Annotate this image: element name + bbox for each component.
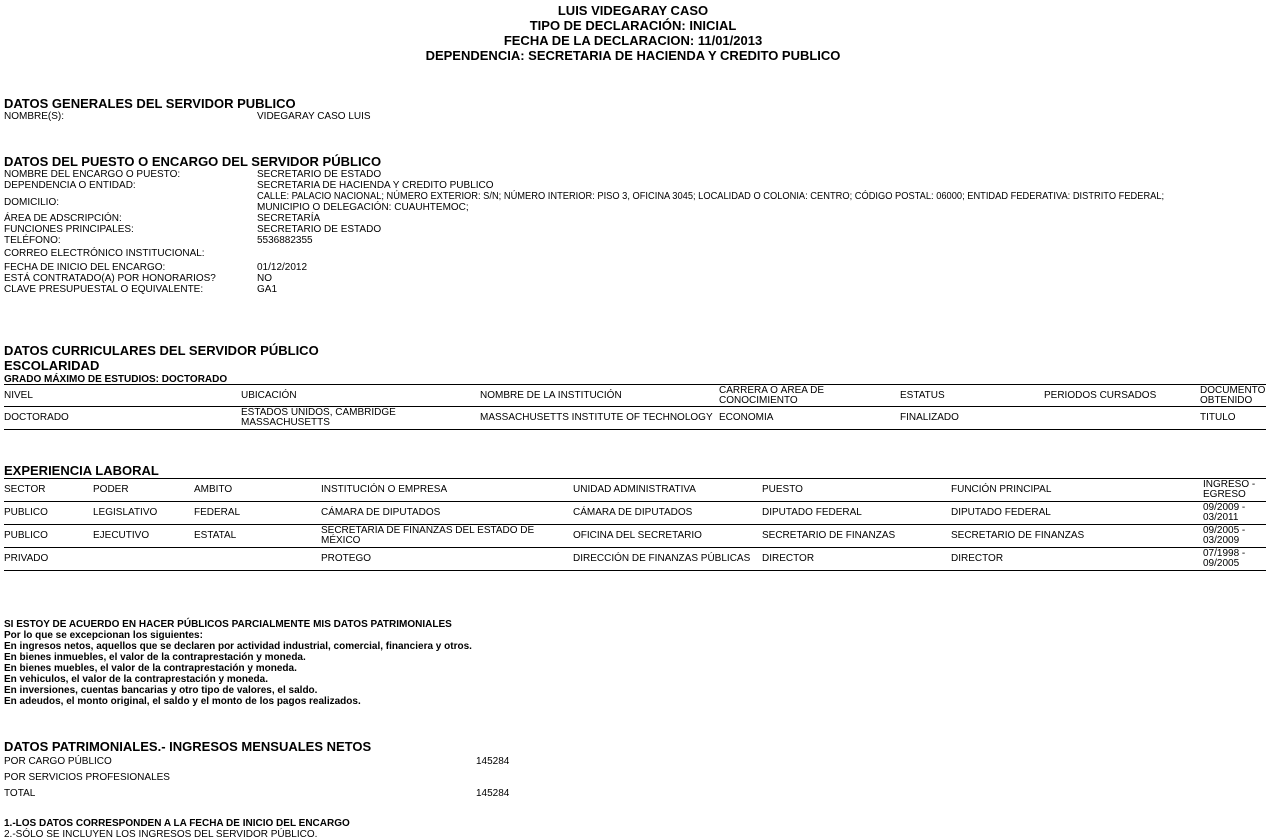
declaration-type: TIPO DE DECLARACIÓN: INICIAL [0,18,1266,33]
table-row: PUBLICO EJECUTIVO ESTATAL SECRETARÍA DE … [4,525,1266,548]
table-cell: 07/1998 - 09/2005 [1203,548,1266,571]
column-header: SECTOR [4,479,93,502]
field-label: DEPENDENCIA O ENTIDAD: [4,180,136,191]
income-row-servicios: POR SERVICIOS PROFESIONALES [4,772,170,783]
section-title-generales: DATOS GENERALES DEL SERVIDOR PUBLICO [4,97,296,111]
publicity-line: SI ESTOY DE ACUERDO EN HACER PÚBLICOS PA… [4,619,452,630]
table-cell: LEGISLATIVO [93,502,194,525]
income-label: POR CARGO PÚBLICO [4,756,112,767]
publicity-line: En inversiones, cuentas bancarias y otro… [4,685,317,696]
table-cell: DIPUTADO FEDERAL [762,502,951,525]
field-label: CORREO ELECTRÓNICO INSTITUCIONAL: [4,248,205,259]
publicity-line: En bienes muebles, el valor de la contra… [4,663,297,674]
field-value: SECRETARIO DE ESTADO [257,224,381,235]
table-cell: FINALIZADO [900,407,1044,430]
field-label: FUNCIONES PRINCIPALES: [4,224,134,235]
table-cell: PUBLICO [4,502,93,525]
declarant-name: LUIS VIDEGARAY CASO [0,3,1266,18]
income-label: TOTAL [4,788,35,799]
publicity-line: En adeudos, el monto original, el saldo … [4,696,361,707]
footnote-1: 1.-LOS DATOS CORRESPONDEN A LA FECHA DE … [4,818,350,829]
table-cell: ECONOMIA [719,407,900,430]
table-cell: TITULO [1200,407,1266,430]
column-header: UBICACIÓN [241,385,480,407]
publicity-line: En vehiculos, el valor de la contraprest… [4,674,268,685]
column-header: ESTATUS [900,385,1044,407]
column-header: UNIDAD ADMINISTRATIVA [573,479,762,502]
field-value: 01/12/2012 [257,262,307,273]
table-cell: CÁMARA DE DIPUTADOS [321,502,573,525]
field-domicilio-line2: MUNICIPIO O DELEGACIÓN: CUAUHTEMOC; [257,202,469,213]
field-label: DOMICILIO: [4,197,59,208]
table-cell: PRIVADO [4,548,93,571]
table-cell: DIPUTADO FEDERAL [951,502,1203,525]
income-label: POR SERVICIOS PROFESIONALES [4,772,170,783]
table-cell: SECRETARIO DE FINANZAS [762,525,951,548]
table-cell: PROTEGO [321,548,573,571]
section-title-escolaridad: ESCOLARIDAD [4,359,99,373]
column-header: INSTITUCIÓN O EMPRESA [321,479,573,502]
table-cell: SECRETARÍA DE FINANZAS DEL ESTADO DE MÉX… [321,525,573,548]
table-header-row: NIVEL UBICACIÓN NOMBRE DE LA INSTITUCIÓN… [4,385,1266,407]
table-row: PUBLICO LEGISLATIVO FEDERAL CÁMARA DE DI… [4,502,1266,525]
income-value: 145284 [476,788,509,799]
field-value: VIDEGARAY CASO LUIS [257,111,371,122]
field-value: SECRETARIO DE ESTADO [257,169,381,180]
table-cell: PUBLICO [4,525,93,548]
income-row-cargo: POR CARGO PÚBLICO 145284 [4,756,112,767]
column-header: AMBITO [194,479,321,502]
column-header: FUNCIÓN PRINCIPAL [951,479,1203,502]
publicity-line: En bienes inmuebles, el valor de la cont… [4,652,306,663]
table-cell: SECRETARIO DE FINANZAS [951,525,1203,548]
table-cell: DIRECCIÓN DE FINANZAS PÚBLICAS [573,548,762,571]
table-cell: ESTADOS UNIDOS, CAMBRIDGE MASSACHUSETTS [241,407,480,430]
publicity-line: En ingresos netos, aquellos que se decla… [4,641,472,652]
column-header: CARRERA O ÁREA DE CONOCIMIENTO [719,385,900,407]
declaration-dependency: DEPENDENCIA: SECRETARIA DE HACIENDA Y CR… [0,48,1266,63]
experiencia-table: SECTOR PODER AMBITO INSTITUCIÓN O EMPRES… [4,478,1266,571]
field-domicilio-line1: CALLE: PALACIO NACIONAL; NÚMERO EXTERIOR… [257,191,1164,202]
column-header: INGRESO - EGRESO [1203,479,1266,502]
table-cell: 09/2009 - 03/2011 [1203,502,1266,525]
table-cell: ESTATAL [194,525,321,548]
field-label: NOMBRE(S): [4,111,64,122]
table-cell: FEDERAL [194,502,321,525]
table-cell: DOCTORADO [4,407,241,430]
declaration-header: LUIS VIDEGARAY CASO TIPO DE DECLARACIÓN:… [0,3,1266,63]
table-cell: MASSACHUSETTS INSTITUTE OF TECHNOLOGY [480,407,719,430]
income-value: 145284 [476,756,509,767]
field-value: SECRETARÍA [257,213,320,224]
section-title-experiencia: EXPERIENCIA LABORAL [4,464,159,478]
column-header: DOCUMENTO OBTENIDO [1200,385,1266,407]
field-value: SECRETARIA DE HACIENDA Y CREDITO PUBLICO [257,180,494,191]
table-cell: EJECUTIVO [93,525,194,548]
table-cell [194,548,321,571]
escolaridad-table: NIVEL UBICACIÓN NOMBRE DE LA INSTITUCIÓN… [4,384,1266,430]
table-cell: OFICINA DEL SECRETARIO [573,525,762,548]
column-header: PUESTO [762,479,951,502]
field-value: NO [257,273,272,284]
table-cell: DIRECTOR [951,548,1203,571]
table-cell [1044,407,1200,430]
footnote-2: 2.-SÓLO SE INCLUYEN LOS INGRESOS DEL SER… [4,829,317,839]
field-label: FECHA DE INICIO DEL ENCARGO: [4,262,165,273]
column-header: NOMBRE DE LA INSTITUCIÓN [480,385,719,407]
section-title-curriculares: DATOS CURRICULARES DEL SERVIDOR PÚBLICO [4,344,319,358]
column-header: NIVEL [4,385,241,407]
field-label: NOMBRE DEL ENCARGO O PUESTO: [4,169,180,180]
table-cell [93,548,194,571]
column-header: PODER [93,479,194,502]
field-label: ESTÁ CONTRATADO(A) POR HONORARIOS? [4,273,216,284]
table-row: PRIVADO PROTEGO DIRECCIÓN DE FINANZAS PÚ… [4,548,1266,571]
table-header-row: SECTOR PODER AMBITO INSTITUCIÓN O EMPRES… [4,479,1266,502]
table-row: DOCTORADO ESTADOS UNIDOS, CAMBRIDGE MASS… [4,407,1266,430]
field-label: ÁREA DE ADSCRIPCIÓN: [4,213,122,224]
field-label: TELÉFONO: [4,235,61,246]
column-header: PERIODOS CURSADOS [1044,385,1200,407]
declaration-date: FECHA DE LA DECLARACION: 11/01/2013 [0,33,1266,48]
table-cell: DIRECTOR [762,548,951,571]
publicity-line: Por lo que se excepcionan los siguientes… [4,630,203,641]
section-title-patrimoniales: DATOS PATRIMONIALES.- INGRESOS MENSUALES… [4,740,371,754]
table-cell: 09/2005 - 03/2009 [1203,525,1266,548]
field-value: GA1 [257,284,277,295]
field-value: 5536882355 [257,235,313,246]
income-row-total: TOTAL 145284 [4,788,35,799]
table-cell: CÁMARA DE DIPUTADOS [573,502,762,525]
field-label: CLAVE PRESUPUESTAL O EQUIVALENTE: [4,284,203,295]
section-title-puesto: DATOS DEL PUESTO O ENCARGO DEL SERVIDOR … [4,155,381,169]
